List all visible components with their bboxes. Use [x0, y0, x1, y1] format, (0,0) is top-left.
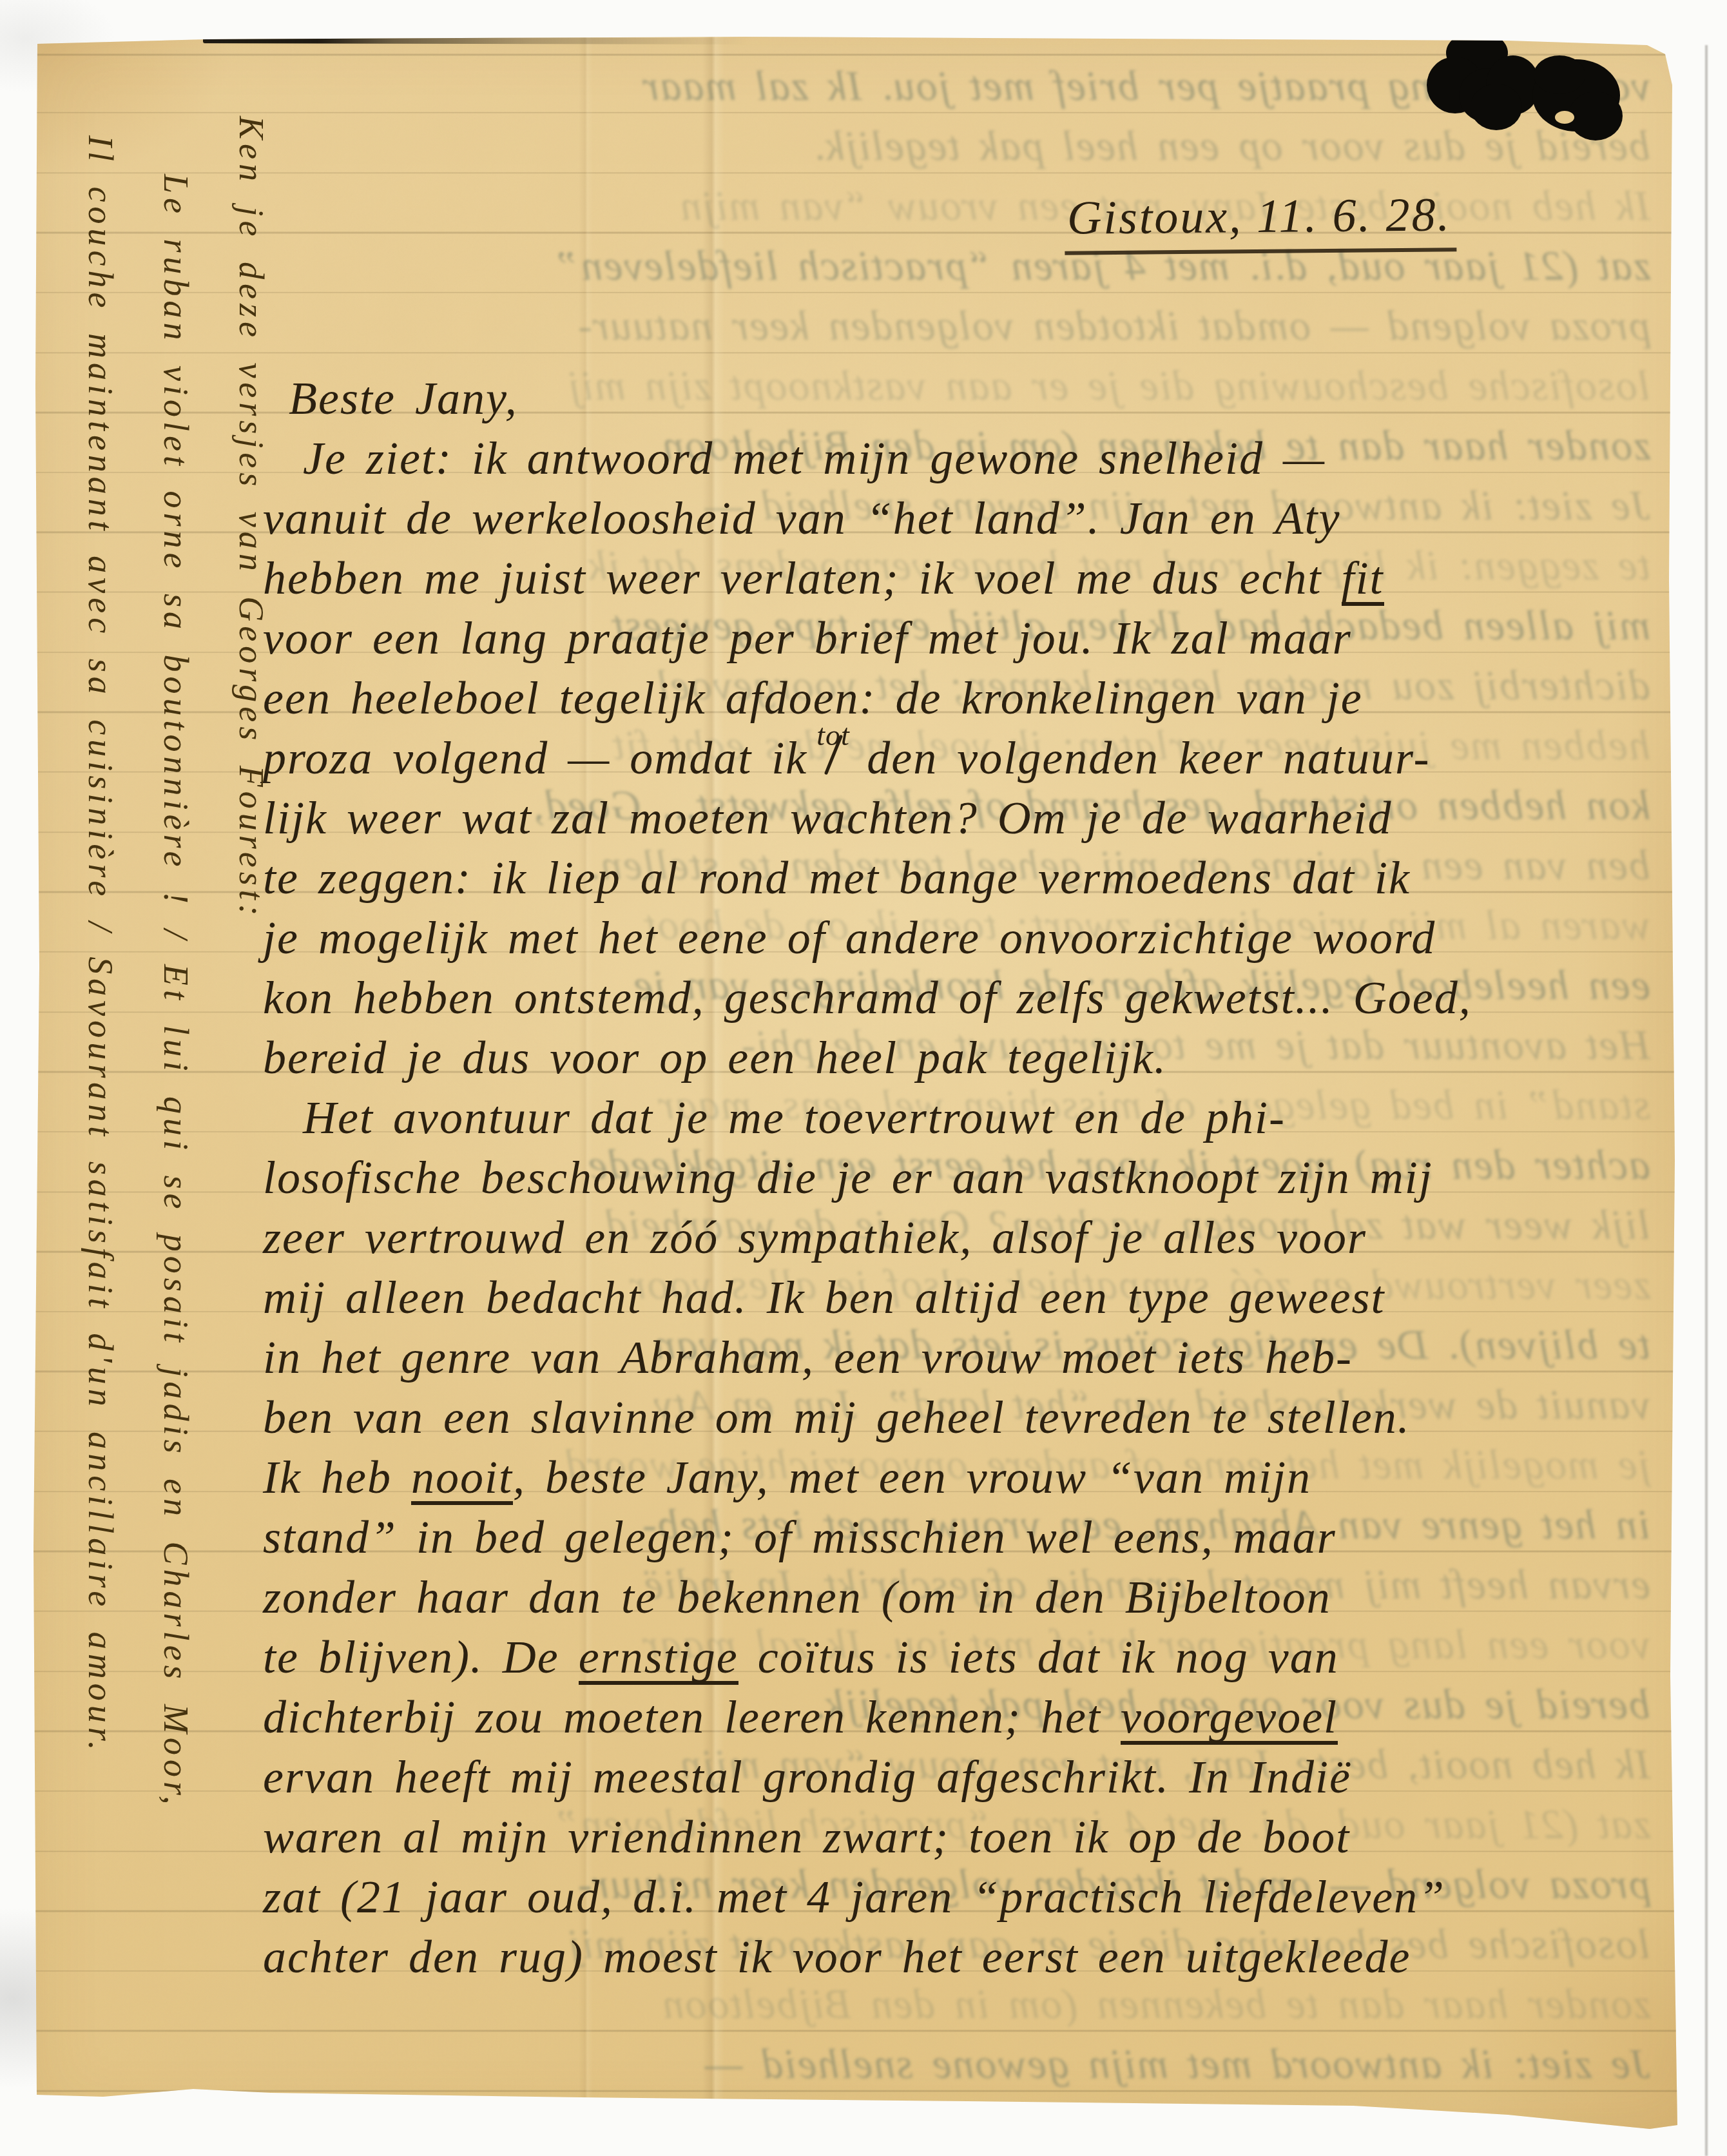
- letter-page: voor een lang praatje per brief met jou.…: [0, 0, 1727, 2156]
- underlined-word: nooit: [411, 1454, 513, 1505]
- line-text: een heeleboel tegelijk afdoen: de kronke…: [263, 672, 1363, 724]
- letter-line: lijk weer wat zal moeten wachten? Om je …: [263, 788, 1674, 848]
- letter-line: hebben me juist weer verlaten; ik voel m…: [263, 549, 1674, 608]
- inserted-word: tot: [816, 705, 850, 765]
- line-text: den volgenden keer natuur-: [867, 732, 1430, 784]
- letter-line: stand” in bed gelegen; of misschien wel …: [263, 1508, 1674, 1568]
- margin-note-line: Le ruban violet orne sa boutonnière ! / …: [138, 57, 213, 2119]
- letter-line: kon hebben ontstemd, geschramd of zelfs …: [263, 968, 1674, 1028]
- letter-line: achter den rug) moest ik voor het eerst …: [263, 1927, 1674, 1987]
- letter-line: Ik heb nooit, beste Jany, met een vrouw …: [263, 1448, 1674, 1508]
- line-text: , beste Jany, met een vrouw “van mijn: [513, 1452, 1311, 1503]
- line-text: mij alleen bedacht had. Ik ben altijd ee…: [263, 1272, 1385, 1323]
- line-text: bereid je dus voor op een heel pak tegel…: [263, 1032, 1167, 1083]
- line-text: ben van een slavinne om mij geheel tevre…: [263, 1392, 1411, 1443]
- line-text: stand” in bed gelegen; of misschien wel …: [263, 1511, 1336, 1563]
- letter-line: mij alleen bedacht had. Ik ben altijd ee…: [263, 1268, 1674, 1328]
- letter-line: ervan heeft mij meestal grondig afgeschr…: [263, 1747, 1674, 1807]
- letter-line: een heeleboel tegelijk afdoen: de kronke…: [263, 668, 1674, 728]
- letter-line: te zeggen: ik liep al rond met bange ver…: [263, 848, 1674, 908]
- letter-line: ben van een slavinne om mij geheel tevre…: [263, 1388, 1674, 1448]
- underlined-word: fit: [1342, 555, 1384, 606]
- page-edge-shadow: [1705, 45, 1708, 2156]
- letter-line: zonder haar dan te bekennen (om in den B…: [263, 1568, 1674, 1627]
- salutation: Beste Jany,: [263, 369, 1674, 429]
- line-text: Het avontuur dat je me toevertrouwt en d…: [303, 1092, 1286, 1143]
- underlined-word: ernstige: [579, 1634, 738, 1685]
- line-text: Je ziet: ik antwoord met mijn gewone sne…: [303, 432, 1326, 484]
- letter-body: Beste Jany, Je ziet: ik antwoord met mij…: [263, 369, 1674, 1987]
- line-text: te blijven). De: [263, 1631, 579, 1683]
- letter-line: in het genre van Abraham, een vrouw moet…: [263, 1328, 1674, 1388]
- letter-line: losofische beschouwing die je er aan vas…: [263, 1148, 1674, 1208]
- line-text: zat (21 jaar oud, d.i. met 4 jaren “prac…: [263, 1871, 1445, 1923]
- line-text: hebben me juist weer verlaten; ik voel m…: [263, 552, 1342, 604]
- line-text: vanuit de werkeloosheid van “het land”. …: [263, 492, 1340, 544]
- line-text: achter den rug) moest ik voor het eerst …: [263, 1931, 1411, 1983]
- letter-line: waren al mijn vriendinnen zwart; toen ik…: [263, 1807, 1674, 1867]
- letter-line: zeer vertrouwd en zóó sympathiek, alsof …: [263, 1208, 1674, 1268]
- line-text: dichterbij zou moeten leeren kennen; het: [263, 1691, 1121, 1743]
- line-text: te zeggen: ik liep al rond met bange ver…: [263, 852, 1411, 904]
- line-text: waren al mijn vriendinnen zwart; toen ik…: [263, 1811, 1350, 1863]
- line-text: zeer vertrouwd en zóó sympathiek, alsof …: [263, 1212, 1367, 1263]
- margin-note-line: Il couche maintenant avec sa cuisinière …: [63, 57, 138, 2119]
- line-text: ervan heeft mij meestal grondig afgeschr…: [263, 1751, 1351, 1803]
- letter-line: te blijven). De ernstige coïtus is iets …: [263, 1627, 1674, 1687]
- line-text: proza volgend — omdat ik: [263, 732, 807, 784]
- line-text: in het genre van Abraham, een vrouw moet…: [263, 1332, 1353, 1383]
- insertion-mark: tot: [807, 767, 867, 773]
- line-text: coïtus is iets dat ik nog van: [738, 1631, 1339, 1683]
- underlined-word: voorgevoel: [1121, 1694, 1338, 1745]
- line-text: lijk weer wat zal moeten wachten? Om je …: [263, 792, 1392, 844]
- line-text: losofische beschouwing die je er aan vas…: [263, 1152, 1433, 1203]
- dateline: Gistoux, 11. 6. 28.: [1065, 189, 1456, 253]
- line-text: voor een lang praatje per brief met jou.…: [263, 612, 1352, 664]
- line-text: zonder haar dan te bekennen (om in den B…: [263, 1571, 1331, 1623]
- margin-note-line: Ken je deze versjes van Georges Fourest:: [213, 57, 289, 2119]
- line-text: je mogelijk met het eene of andere onvoo…: [263, 912, 1436, 964]
- letter-line: proza volgend — omdat iktotden volgenden…: [263, 728, 1674, 788]
- line-text: kon hebben ontstemd, geschramd of zelfs …: [263, 972, 1472, 1024]
- dateline-text: Gistoux, 11. 6. 28.: [1065, 188, 1457, 255]
- letter-line: Het avontuur dat je me toevertrouwt en d…: [263, 1088, 1674, 1148]
- letter-line: voor een lang praatje per brief met jou.…: [263, 608, 1674, 668]
- letter-line: Je ziet: ik antwoord met mijn gewone sne…: [263, 429, 1674, 489]
- letter-line: vanuit de werkeloosheid van “het land”. …: [263, 489, 1674, 549]
- margin-note: Ken je deze versjes van Georges Fourest:…: [63, 57, 289, 2119]
- letter-line: zat (21 jaar oud, d.i. met 4 jaren “prac…: [263, 1867, 1674, 1927]
- letter-line: dichterbij zou moeten leeren kennen; het…: [263, 1687, 1674, 1747]
- letter-line: bereid je dus voor op een heel pak tegel…: [263, 1028, 1674, 1088]
- letter-line: je mogelijk met het eene of andere onvoo…: [263, 908, 1674, 968]
